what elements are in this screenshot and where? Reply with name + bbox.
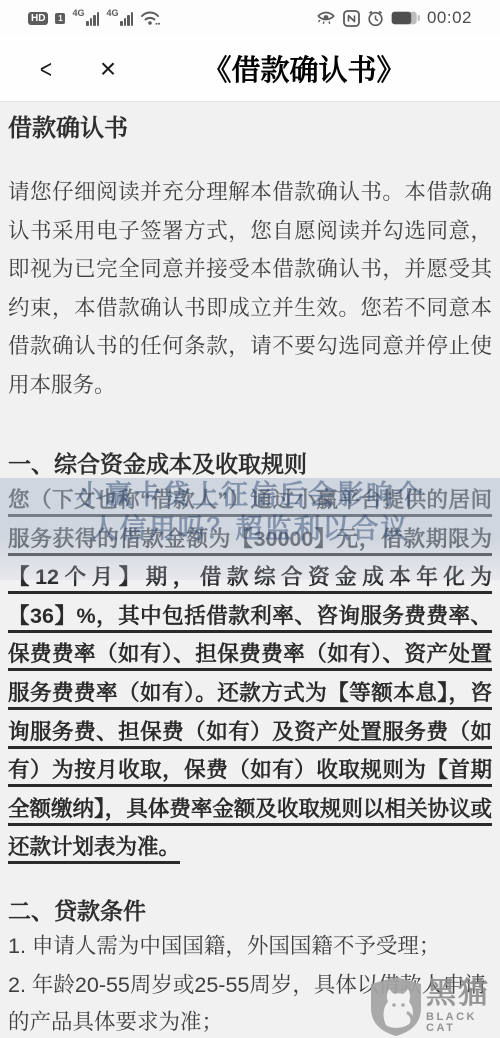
hd-volte-icon: HD — [28, 12, 48, 25]
condition-item-2: 2. 年龄20-55周岁或25-55周岁，具体以借款人申请的产品具体要求为准； — [8, 967, 492, 1038]
eye-comfort-icon — [316, 11, 336, 25]
intro-paragraph: 请您仔细阅读并充分理解本借款确认书。本借款确认书采用电子签署方式，您自愿阅读并勾… — [8, 173, 492, 404]
section1-body: 您（下文也称“借款人”）通过小赢平台提供的居间服务获得的借款金额为【30000】… — [8, 481, 492, 867]
close-button[interactable]: × — [86, 47, 130, 91]
back-chevron-icon: < — [40, 54, 52, 84]
nav-bar: < × 《借款确认书》 — [0, 36, 500, 102]
status-left-cluster: HD 1 4G 4G — [28, 10, 160, 26]
status-right-cluster: 00:02 — [316, 8, 472, 28]
back-button[interactable]: < — [28, 47, 63, 91]
clock-time: 00:02 — [427, 8, 472, 28]
close-icon: × — [100, 53, 116, 84]
sim1-badge-icon: 1 — [55, 13, 65, 24]
page-title: 《借款确认书》 — [130, 48, 500, 89]
nfc-icon — [343, 10, 360, 27]
network-type-label: 4G — [72, 8, 84, 18]
section2-heading: 二、贷款条件 — [8, 893, 492, 926]
section1-heading: 一、综合资金成本及收取规则 — [8, 446, 492, 479]
battery-icon — [391, 11, 420, 25]
network-type-label-2: 4G — [106, 8, 118, 18]
status-bar: HD 1 4G 4G — [0, 0, 500, 36]
signal-strength-icon-2: 4G — [106, 10, 133, 26]
wifi-icon — [140, 10, 160, 26]
condition-item-1: 1. 申请人需为中国国籍，外国国籍不予受理； — [8, 928, 492, 965]
signal-strength-icon: 4G — [72, 10, 99, 26]
document-scroll-area[interactable]: 借款确认书 请您仔细阅读并充分理解本借款确认书。本借款确认书采用电子签署方式，您… — [0, 102, 500, 1038]
alarm-icon — [367, 10, 384, 27]
document-heading: 借款确认书 — [8, 108, 492, 143]
